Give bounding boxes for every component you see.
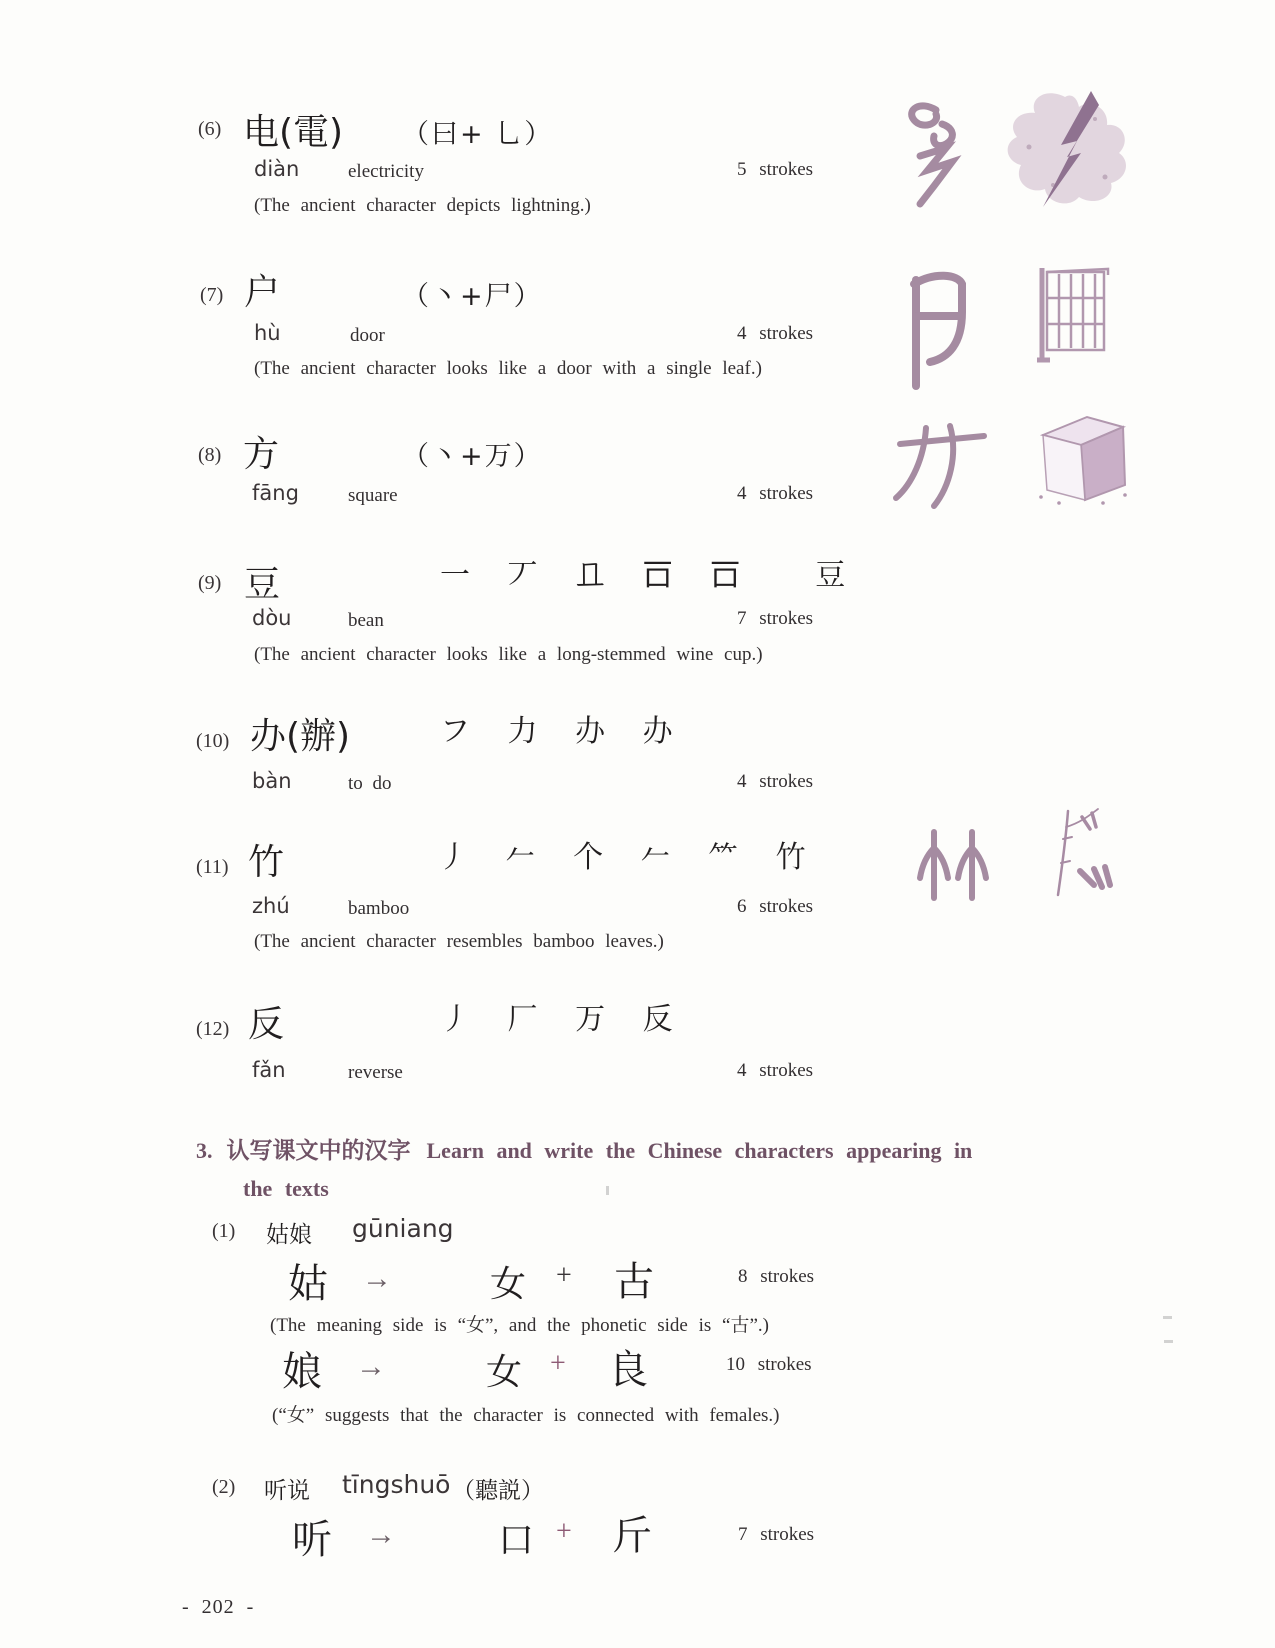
formula-character: 姑 bbox=[288, 1252, 328, 1309]
formula-stroke-count: 7 strokes bbox=[738, 1524, 814, 1546]
entry-note: (The ancient character resembles bamboo … bbox=[254, 931, 664, 953]
entry-number: (11) bbox=[196, 856, 229, 879]
plus-sign: + bbox=[556, 1260, 572, 1292]
entry-character: 方 bbox=[243, 426, 279, 477]
section-title-chinese: 认写课文中的汉字 bbox=[227, 1138, 411, 1164]
formula-right-part: 古 bbox=[614, 1250, 654, 1307]
entry-pinyin: hù bbox=[254, 321, 281, 345]
entry-stroke-count: 4 strokes bbox=[737, 323, 813, 345]
stroke-order-sequence: 一 丆 𠀃 𠮛 𠮛 𫝀 豆 bbox=[440, 550, 859, 594]
entry-meaning: door bbox=[350, 325, 385, 347]
lightning-cloud-illustration bbox=[995, 85, 1140, 225]
entry-note: (The ancient character depicts lightning… bbox=[254, 195, 591, 217]
section-title-english-line2: the texts bbox=[243, 1176, 329, 1202]
entry-stroke-count: 5 strokes bbox=[737, 159, 813, 181]
formula-stroke-count: 8 strokes bbox=[738, 1266, 814, 1288]
entry-character: 豆 bbox=[244, 556, 280, 607]
entry-pinyin: bàn bbox=[252, 769, 292, 793]
entry-pinyin: fāng bbox=[252, 481, 299, 505]
entry-stroke-count: 4 strokes bbox=[737, 1060, 813, 1082]
entry-number: (10) bbox=[196, 730, 229, 753]
arrow-icon: → bbox=[362, 1262, 392, 1296]
formula-left-part: 口 bbox=[498, 1512, 534, 1563]
arrow-icon: → bbox=[356, 1350, 386, 1384]
section-heading: 3. 认写课文中的汉字 Learn and write the Chinese … bbox=[196, 1132, 972, 1165]
bamboo-leaves-illustration bbox=[1032, 805, 1117, 900]
formula-character: 娘 bbox=[282, 1340, 322, 1397]
entry-number: (12) bbox=[196, 1018, 229, 1041]
stroke-order-sequence: 丿 𠂉 个 𠂉 ⺮ 竹 bbox=[438, 832, 820, 876]
ancient-bamboo-character-glyph bbox=[910, 826, 1000, 906]
entry-meaning: reverse bbox=[348, 1062, 403, 1084]
entry-meaning: bean bbox=[348, 610, 384, 632]
entry-pinyin: dòu bbox=[252, 606, 292, 630]
item-word: 听说 bbox=[264, 1472, 310, 1505]
formula-note: (“女” suggests that the character is conn… bbox=[272, 1400, 780, 1427]
item-pinyin: gūniang bbox=[352, 1214, 454, 1243]
entry-character: 办(辦) bbox=[250, 708, 350, 759]
entry-character: 户 bbox=[244, 264, 280, 315]
section-number: 3. bbox=[196, 1138, 213, 1163]
entry-meaning: square bbox=[348, 485, 398, 507]
arrow-icon: → bbox=[366, 1518, 396, 1552]
entry-character: 竹 bbox=[248, 834, 284, 885]
scan-artifact bbox=[1163, 1316, 1172, 1319]
entry-character: 反 bbox=[248, 996, 284, 1047]
formula-right-part: 斤 bbox=[612, 1504, 652, 1561]
entry-number: (7) bbox=[200, 284, 223, 307]
wooden-door-illustration bbox=[1030, 262, 1118, 370]
entry-meaning: to do bbox=[348, 773, 392, 795]
formula-left-part: 女 bbox=[490, 1256, 526, 1307]
textbook-page: (6) 电(電) （曰+ 乚） diàn electricity 5 strok… bbox=[0, 0, 1275, 1648]
entry-meaning: electricity bbox=[348, 161, 424, 183]
stroke-order-sequence: フ 力 办 办 bbox=[440, 706, 687, 750]
item-traditional-form: （聽説） bbox=[452, 1472, 544, 1505]
entry-note: (The ancient character looks like a long… bbox=[254, 644, 763, 666]
plus-sign: + bbox=[556, 1516, 572, 1548]
entry-pinyin: zhú bbox=[252, 894, 290, 918]
square-block-illustration bbox=[1025, 405, 1135, 510]
stroke-order-sequence: 丿 厂 万 反 bbox=[440, 994, 687, 1038]
plus-sign: + bbox=[550, 1348, 566, 1380]
formula-character: 听 bbox=[292, 1508, 332, 1565]
entry-number: (6) bbox=[198, 118, 221, 141]
item-pinyin: tīngshuō bbox=[342, 1470, 450, 1499]
entry-stroke-count: 4 strokes bbox=[737, 483, 813, 505]
entry-number: (9) bbox=[198, 572, 221, 595]
page-number: - 202 - bbox=[182, 1596, 254, 1619]
entry-stroke-count: 6 strokes bbox=[737, 896, 813, 918]
formula-stroke-count: 10 strokes bbox=[726, 1354, 812, 1376]
formula-note: (The meaning side is “女”, and the phonet… bbox=[270, 1310, 769, 1337]
entry-stroke-count: 7 strokes bbox=[737, 608, 813, 630]
item-number: (1) bbox=[212, 1220, 235, 1243]
formula-right-part: 良 bbox=[608, 1338, 648, 1395]
entry-number: (8) bbox=[198, 444, 221, 467]
entry-components: （丶+尸） bbox=[402, 274, 543, 313]
ancient-door-character-glyph bbox=[900, 258, 980, 393]
entry-character: 电(電) bbox=[243, 104, 343, 155]
entry-stroke-count: 4 strokes bbox=[737, 771, 813, 793]
formula-left-part: 女 bbox=[486, 1344, 522, 1395]
entry-meaning: bamboo bbox=[348, 898, 409, 920]
entry-pinyin: diàn bbox=[254, 157, 299, 181]
ancient-square-character-glyph bbox=[888, 410, 998, 510]
section-title-english: Learn and write the Chinese characters a… bbox=[427, 1138, 973, 1163]
scan-artifact bbox=[1164, 1340, 1173, 1343]
item-number: (2) bbox=[212, 1476, 235, 1499]
entry-note: (The ancient character looks like a door… bbox=[254, 358, 762, 380]
item-word: 姑娘 bbox=[266, 1216, 312, 1249]
ancient-lightning-character-glyph bbox=[890, 98, 990, 218]
entry-components: （曰+ 乚） bbox=[402, 112, 553, 151]
entry-pinyin: fǎn bbox=[252, 1058, 286, 1082]
entry-components: （丶+万） bbox=[402, 434, 543, 473]
